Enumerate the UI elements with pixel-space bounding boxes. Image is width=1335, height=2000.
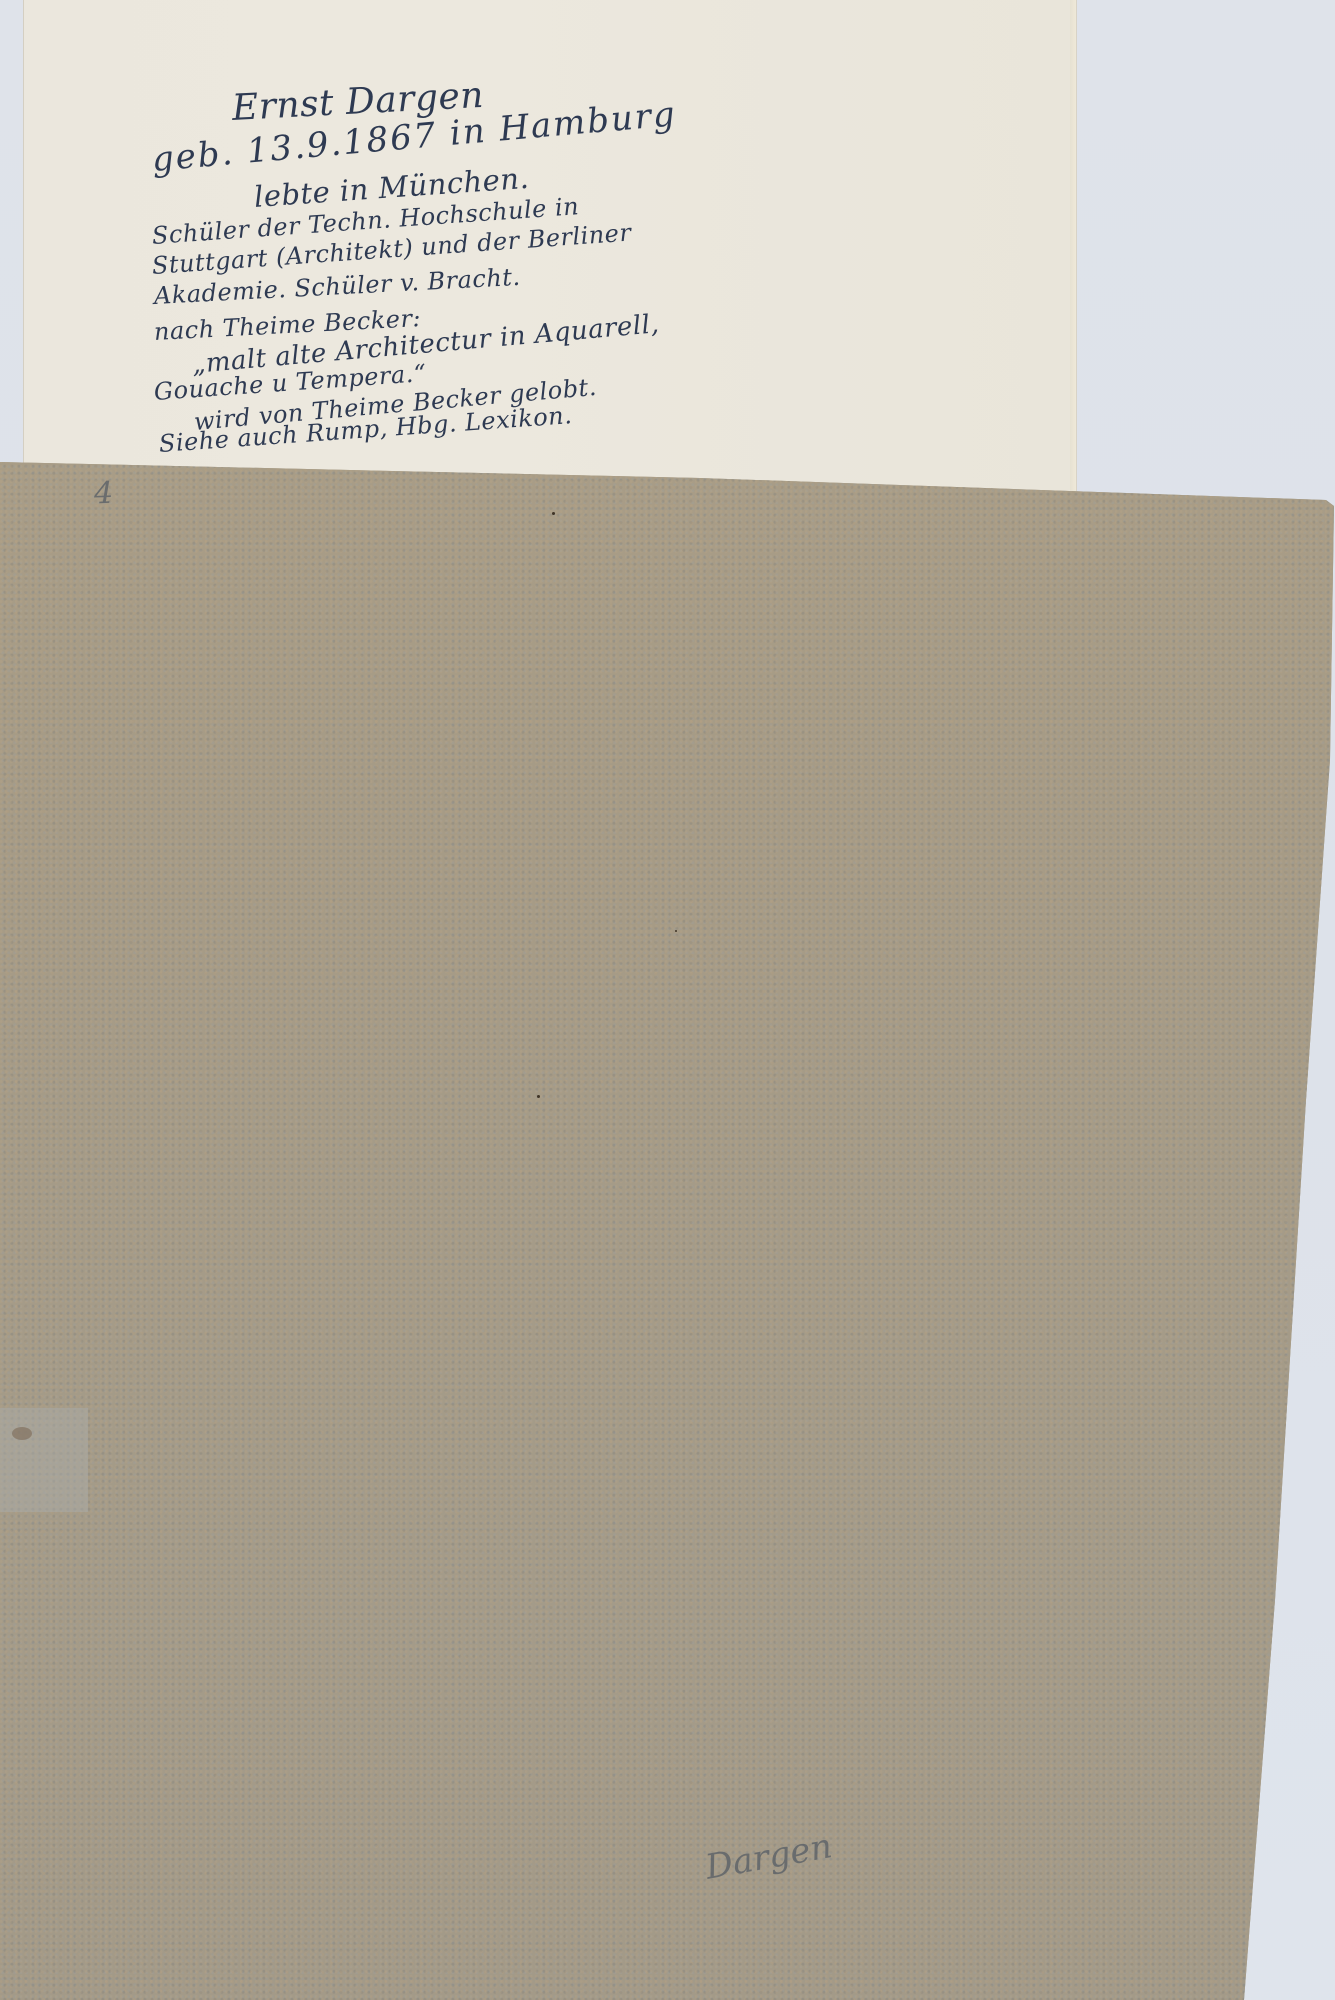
board-speck <box>552 512 555 515</box>
handwritten-note-paper: Ernst Dargen geb. 13.9.1867 in Hamburg l… <box>24 0 1076 500</box>
board-speck <box>675 930 677 932</box>
board-speck <box>537 1095 540 1098</box>
pencil-inventory-number: 4 <box>93 476 113 512</box>
board-stain-spot <box>12 1427 32 1440</box>
board-stain <box>0 1408 88 1512</box>
